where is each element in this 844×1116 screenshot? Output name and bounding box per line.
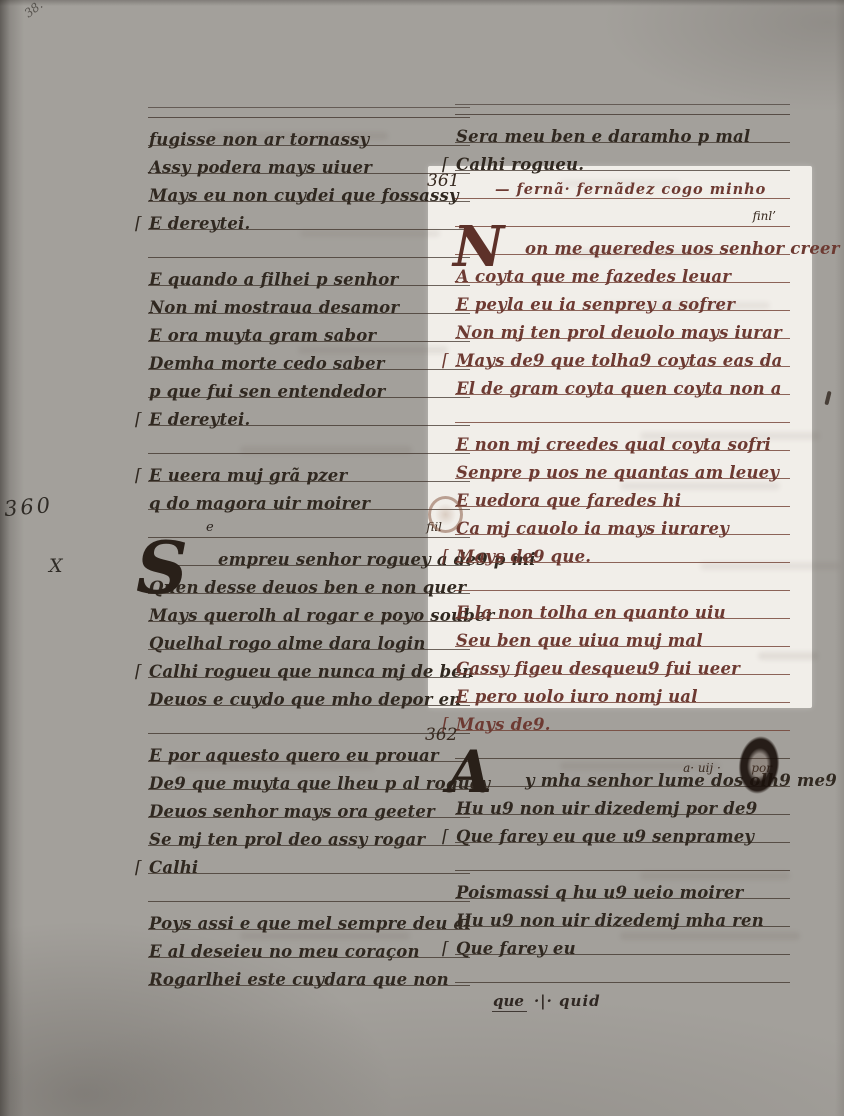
verse-line: Quelhal rogo alme dara login	[148, 622, 470, 650]
verse-line: Ca mj cauolo ia mays iurarey	[455, 507, 790, 535]
parchment-hole-ring	[428, 496, 463, 533]
verse-line: fugisse non ar tornassy	[148, 118, 470, 146]
verse-line: ⌈E ueera muj grã pzer	[148, 454, 470, 482]
verse-line: Hu u9 non uir dizedemj por de9	[455, 787, 790, 815]
decorated-initial-S: S	[136, 532, 188, 604]
margin-x-mark: X	[49, 555, 63, 577]
margin-number: 361	[427, 171, 459, 191]
decorated-initial-N: N	[453, 219, 504, 275]
ruled-blank-line	[148, 426, 470, 454]
note-word: ·|· quid	[534, 992, 601, 1010]
verse-line: El de gram coyta quen coyta non a	[455, 367, 790, 395]
decorated-initial-A: A	[447, 743, 492, 801]
verse-line: ⌈Mays de9 que.	[455, 535, 790, 563]
initial-guide-letter: e	[206, 520, 214, 535]
attribution-header-line: — fernã· fernãdez cogo minho361	[455, 171, 790, 199]
verse-line: E pero uolo iuro nomj ual	[455, 675, 790, 703]
verse-line: ⌈Que farey eu que u9 senpramey	[455, 815, 790, 843]
verse-line: E uedora que faredes hi	[455, 479, 790, 507]
verse-line: ⌈Que farey eu	[455, 927, 790, 955]
verse-line: Quen desse deuos ben e non quer	[148, 566, 470, 594]
verse-text: — fernã· fernãdez cogo minho	[495, 181, 766, 198]
verse-line: Rogarlhei este cuydara que non	[148, 958, 470, 986]
verse-line: Seu ben que uiua muj mal	[455, 619, 790, 647]
bracket-mark: ⌈	[135, 410, 142, 430]
verse-line: De9 que muyta que lheu p al roguey	[148, 762, 470, 790]
verse-line: Mays eu non cuydei que fossassy	[148, 174, 470, 202]
verse-line: ⌈Calhi rogueu.	[455, 143, 790, 171]
margin-number-360: 360	[3, 493, 54, 521]
ruled-blank-line	[148, 230, 470, 258]
left-text-column: fugisse non ar tornassyAssy podera mays …	[148, 107, 470, 986]
verse-line: Mays querolh al rogar e poyo souber	[148, 594, 470, 622]
note-word-underlined: que	[492, 992, 527, 1012]
folio-number-note: 38.	[22, 0, 46, 20]
bracket-mark: ⌈	[135, 214, 142, 234]
bracket-mark: ⌈	[135, 662, 142, 682]
verse-line: E al deseieu no meu coraçon	[148, 930, 470, 958]
verse-line: q do magora uir moirer	[148, 482, 470, 510]
verse-line: ⌈Mays de9.	[455, 703, 790, 731]
verse-line: Non mi mostraua desamor	[148, 286, 470, 314]
bracket-mark: ⌈	[442, 827, 449, 847]
bracket-mark: ⌈	[442, 547, 449, 567]
verse-line: Non me queredes uos senhor creer	[455, 227, 790, 255]
ruled-blank-line	[148, 706, 470, 734]
verse-line: Deuos senhor mays ora geeter	[148, 790, 470, 818]
ruled-blank-line: fiil	[148, 510, 470, 538]
verse-line: ⌈Mays de9 que tolha9 coytas eas da	[455, 339, 790, 367]
verse-line: Se mj ten prol deo assy rogar	[148, 818, 470, 846]
verse-line: Deuos e cuydo que mho depor en	[148, 678, 470, 706]
verse-line: E la non tolha en quanto uiu	[455, 591, 790, 619]
verse-line: E ora muyta gram sabor	[148, 314, 470, 342]
ruled-blank-line	[148, 874, 470, 902]
verse-line: ⌈Calhi	[148, 846, 470, 874]
ruled-blank-line	[455, 104, 790, 115]
verse-line: Senpre p uos ne quantas am leuey	[455, 451, 790, 479]
verse-line: E non mj creedes qual coyta sofri	[455, 423, 790, 451]
margin-tick-mark	[824, 391, 831, 406]
verse-line: ⌈E dereytei.	[148, 398, 470, 426]
verse-text: Rogarlhei este cuydara que non	[149, 970, 449, 989]
ruled-blank-line	[148, 107, 470, 118]
ruled-blank-line	[455, 843, 790, 871]
verse-line: Assy podera mays uiuer	[148, 146, 470, 174]
verse-line: ⌈E dereytei.	[148, 202, 470, 230]
bracket-mark: ⌈	[442, 939, 449, 959]
verse-line: p que fui sen entendedor	[148, 370, 470, 398]
right-text-column: Sera meu ben e daramho p mal⌈Calhi rogue…	[455, 104, 790, 983]
ruled-blank-line	[455, 395, 790, 423]
verse-line: ⌈Calhi rogueu que nunca mj de ben	[148, 650, 470, 678]
ruled-blank-line: finl’	[455, 199, 790, 227]
ruled-blank-line	[455, 563, 790, 591]
verse-line: Poismassi q hu u9 ueio moirer	[455, 871, 790, 899]
bracket-mark: ⌈	[135, 858, 142, 878]
verse-line: E quando a filhei p senhor	[148, 258, 470, 286]
verse-line: Hu u9 non uir dizedemj mha ren	[455, 899, 790, 927]
ruled-blank-line	[455, 955, 790, 983]
verse-line: E peyla eu ia senprey a sofrer	[455, 283, 790, 311]
verse-line: E por aquesto quero eu prouar	[148, 734, 470, 762]
marginal-annotation: finl’	[753, 209, 776, 223]
bracket-mark: ⌈	[135, 466, 142, 486]
manuscript-page: 38. 360 X fugisse non ar tornassyAssy po…	[0, 0, 844, 1116]
verse-line: Sera meu ben e daramho p mal	[455, 115, 790, 143]
verse-line: Seempreu senhor roguey a de9 p mi	[148, 538, 470, 566]
verse-line: Demha morte cedo saber	[148, 342, 470, 370]
verse-line: Cassy figeu desqueu9 fui ueer	[455, 647, 790, 675]
verse-line: Non mj ten prol deuolo mays iurar	[455, 311, 790, 339]
bracket-mark: ⌈	[442, 351, 449, 371]
verse-line: A coyta que me fazedes leuar	[455, 255, 790, 283]
verse-line: Poys assi e que mel sempre deu al	[148, 902, 470, 930]
bottom-scribble-note: que·|· quid	[492, 992, 601, 1010]
